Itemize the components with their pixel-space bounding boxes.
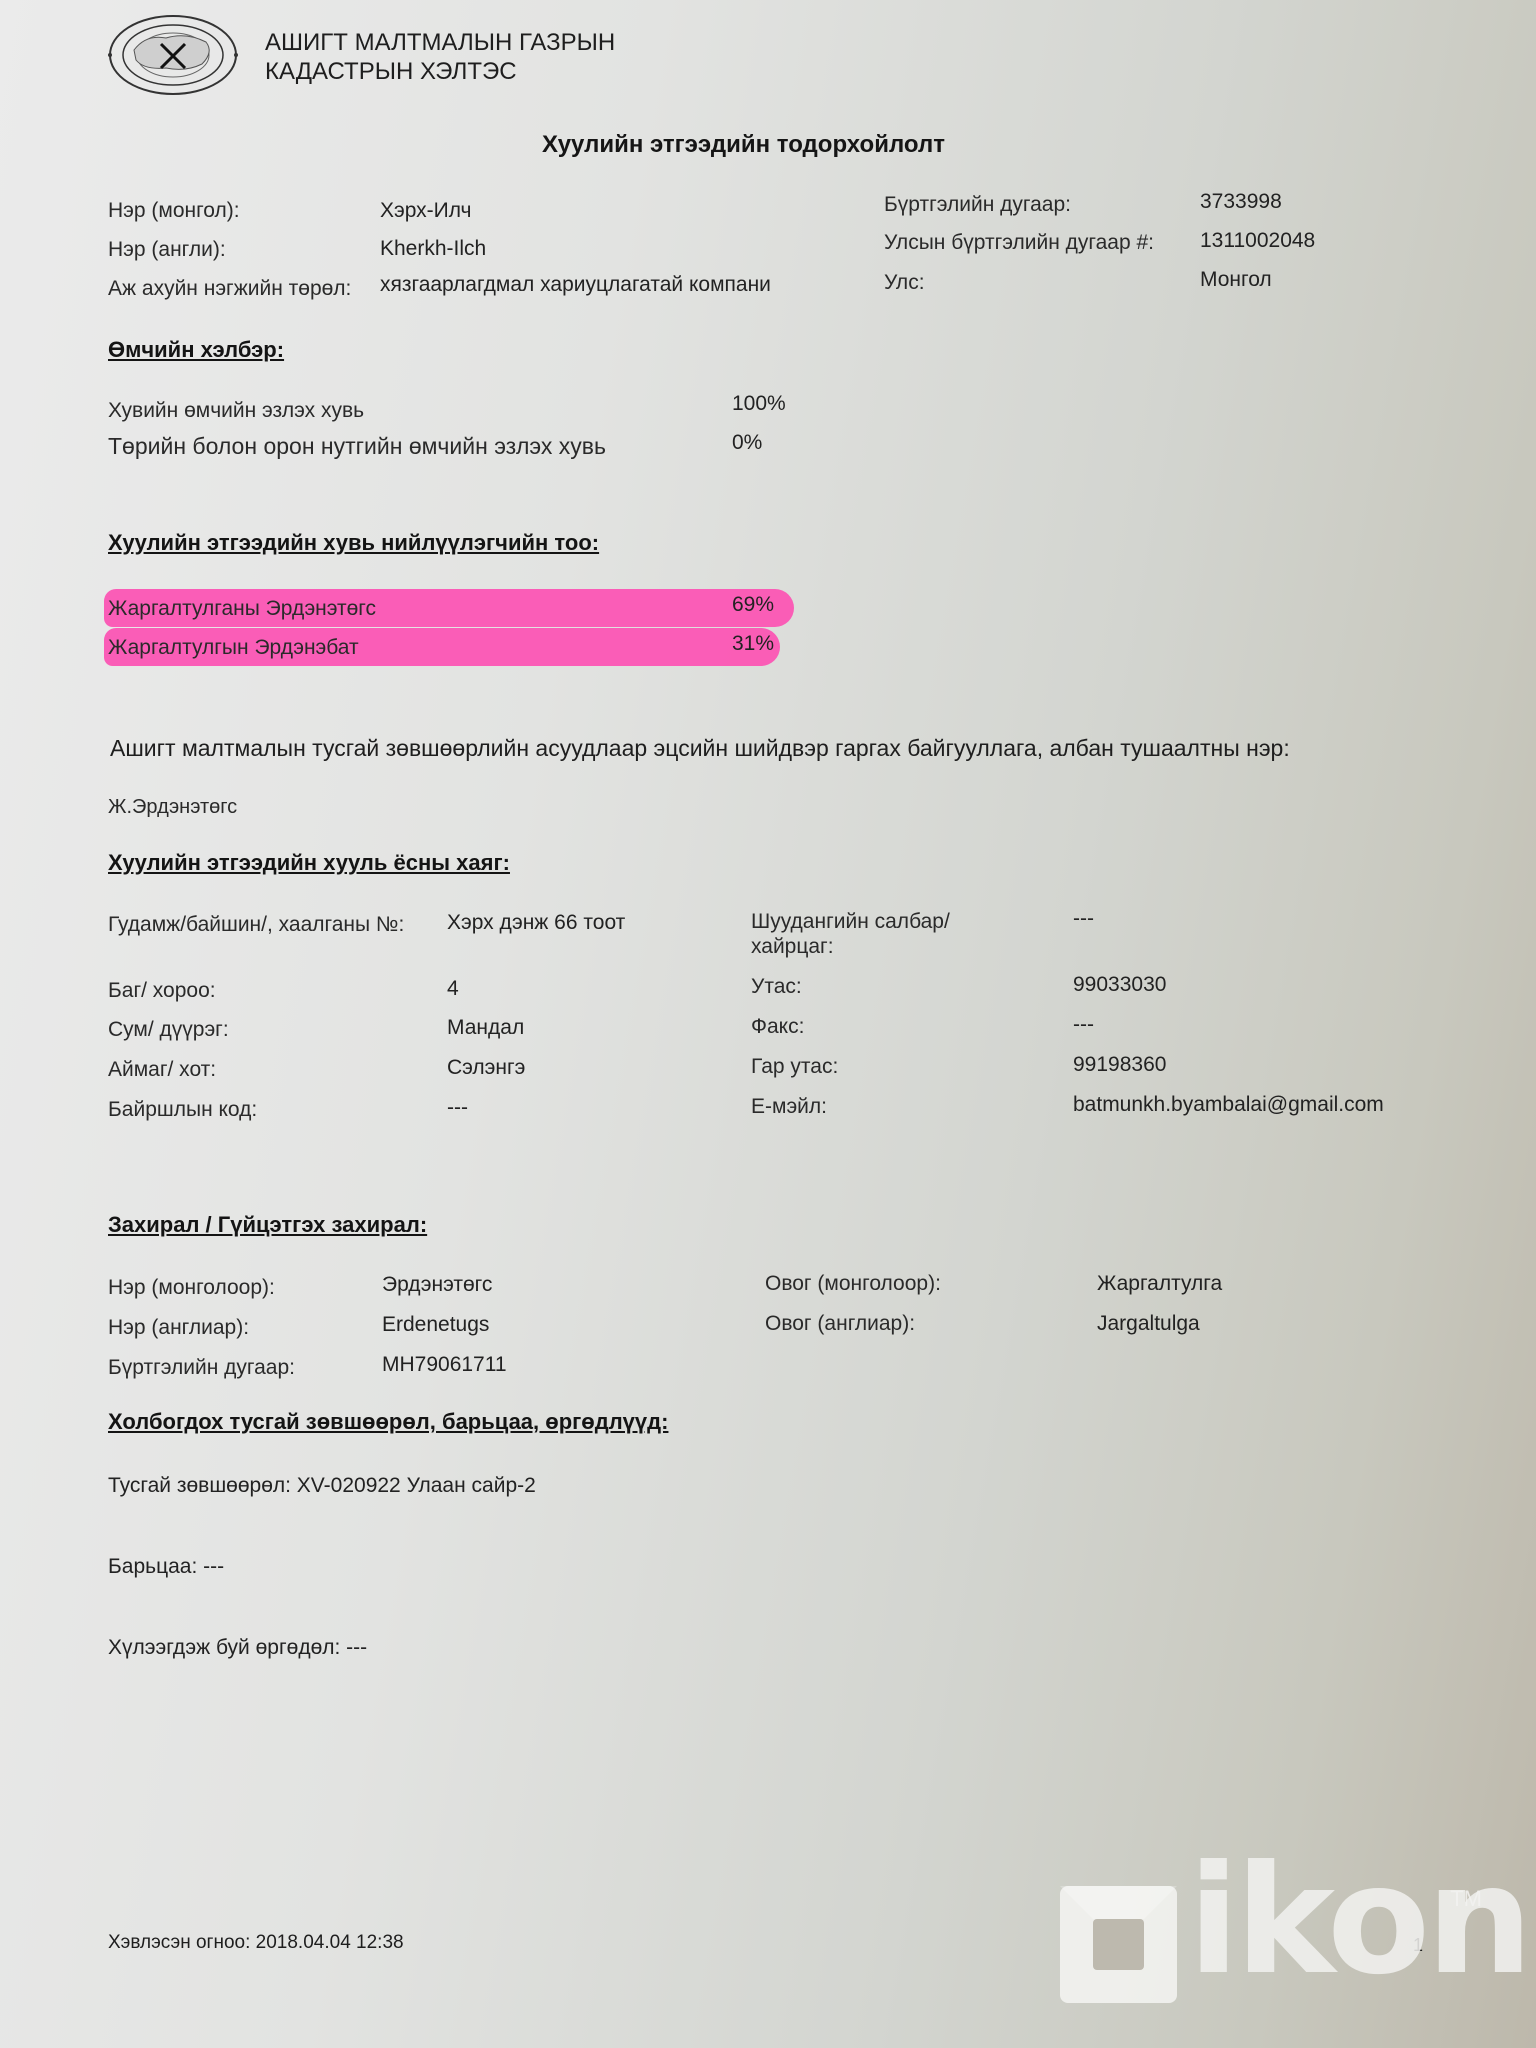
mineral-resources-authority-seal-icon (106, 12, 240, 98)
ikon-logo-text: ikon (1188, 1834, 1529, 2008)
address-heading: Хуулийн этгээдийн хууль ёсны хаяг: (108, 850, 510, 876)
director-name-en-label: Нэр (англиар): (108, 1316, 249, 1340)
director-name-mn-label: Нэр (монголоор): (108, 1276, 275, 1300)
organization-name: АШИГТ МАЛТМАЛЫН ГАЗРЫН КАДАСТРЫН ХЭЛТЭС (265, 28, 615, 86)
director-heading: Захирал / Гүйцэтгэх захирал: (108, 1212, 427, 1238)
director-name-en-value: Erdenetugs (382, 1313, 489, 1337)
entity-type-value: хязгаарлагдмал хариуцлагатай компани (380, 273, 771, 297)
org-line-2: КАДАСТРЫН ХЭЛТЭС (265, 57, 615, 86)
pending-application-line: Хүлээгдэж буй өргөдөл: --- (108, 1636, 367, 1660)
phone-label: Утас: (751, 975, 802, 999)
name-en-value: Kherkh-Ilch (380, 237, 486, 261)
org-line-1: АШИГТ МАЛТМАЛЫН ГАЗРЫН (265, 28, 615, 57)
name-mn-label: Нэр (монгол): (108, 199, 240, 223)
document-title: Хуулийн этгээдийн тодорхойлолт (542, 131, 945, 159)
founder-name: Жаргалтулганы Эрдэнэтөгс (108, 597, 376, 621)
entity-type-label: Аж ахуйн нэгжийн төрөл: (108, 277, 351, 301)
founder-share: 31% (732, 632, 774, 656)
country-value: Монгол (1200, 268, 1272, 292)
name-en-label: Нэр (англи): (108, 238, 226, 262)
ownership-heading: Өмчийн хэлбэр: (108, 337, 284, 363)
collateral-line: Барьцаа: --- (108, 1555, 224, 1579)
mobile-label: Гар утас: (751, 1055, 838, 1079)
fax-value: --- (1073, 1013, 1094, 1037)
state-registration-value: 1311002048 (1200, 229, 1315, 253)
director-surname-mn-value: Жаргалтулга (1097, 1272, 1222, 1296)
director-name-mn-value: Эрдэнэтөгс (382, 1273, 492, 1297)
street-label: Гудамж/байшин/, хаалганы №: (108, 913, 408, 937)
khoroo-value: 4 (447, 977, 459, 1001)
director-surname-mn-label: Овог (монголоор): (765, 1272, 941, 1296)
founders-heading: Хуулийн этгээдийн хувь нийлүүлэгчийн тоо… (108, 530, 599, 556)
district-value: Мандал (447, 1016, 524, 1040)
director-surname-en-value: Jargaltulga (1097, 1312, 1200, 1336)
director-id-value: MH79061711 (382, 1353, 507, 1377)
license-line: Тусгай зөвшөөрөл: XV-020922 Улаан сайр-2 (108, 1474, 536, 1498)
email-label: Е-мэйл: (751, 1095, 827, 1119)
postal-box-value: --- (1073, 907, 1094, 931)
founder-share: 69% (732, 593, 774, 617)
state-share-label: Төрийн болон орон нутгийн өмчийн эзлэх х… (108, 433, 606, 460)
state-share-value: 0% (732, 431, 762, 455)
state-registration-label: Улсын бүртгэлийн дугаар #: (884, 231, 1154, 255)
postal-box-label: Шуудангийн салбар/хайрцаг: (751, 909, 951, 959)
province-label: Аймаг/ хот: (108, 1058, 216, 1082)
trademark-mark: TM (1450, 1886, 1482, 1912)
decision-maker-question: Ашигт малтмалын тусгай зөвшөөрлийн асууд… (110, 735, 1290, 762)
director-id-label: Бүртгэлийн дугаар: (108, 1356, 295, 1380)
street-value: Хэрх дэнж 66 тоот (447, 911, 625, 935)
khoroo-label: Баг/ хороо: (108, 979, 216, 1003)
name-mn-value: Хэрх-Илч (380, 199, 472, 223)
province-value: Сэлэнгэ (447, 1056, 525, 1080)
registration-number-value: 3733998 (1200, 190, 1282, 214)
phone-value: 99033030 (1073, 973, 1166, 997)
ikon-watermark: ikon TM (1056, 1856, 1476, 2006)
licenses-heading: Холбогдох тусгай зөвшөөрөл, барьцаа, өрг… (108, 1409, 668, 1435)
email-value: batmunkh.byambalai@gmail.com (1073, 1093, 1384, 1117)
fax-label: Факс: (751, 1015, 804, 1039)
district-label: Сум/ дүүрэг: (108, 1018, 229, 1042)
registration-number-label: Бүртгэлийн дугаар: (884, 193, 1071, 217)
founder-name: Жаргалтулгын Эрдэнэбат (108, 636, 359, 660)
printed-date: Хэвлэсэн огноо: 2018.04.04 12:38 (108, 1932, 404, 1954)
private-share-value: 100% (732, 392, 786, 416)
decision-maker-name: Ж.Эрдэнэтөгс (108, 796, 237, 819)
location-code-label: Байршлын код: (108, 1098, 257, 1122)
private-share-label: Хувийн өмчийн эзлэх хувь (108, 399, 364, 423)
country-label: Улс: (884, 271, 925, 295)
location-code-value: --- (447, 1096, 468, 1120)
director-surname-en-label: Овог (англиар): (765, 1312, 915, 1336)
mobile-value: 99198360 (1073, 1053, 1166, 1077)
